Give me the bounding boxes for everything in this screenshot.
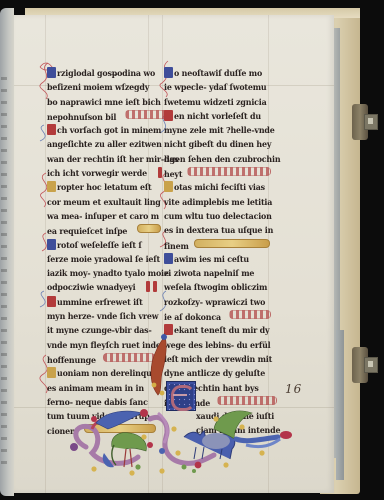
line-text: ekant teneſt du mir dy: [174, 324, 269, 338]
text-line: cum wltu tuo delectacion: [164, 210, 284, 224]
text-line: angeſichte zu aller ezitwen: [47, 138, 165, 152]
line-text: beſizeni moiem wſzegdy: [47, 81, 149, 95]
text-line: myn herze- vnde ſich vrew: [47, 310, 165, 324]
line-text: wa mea- inſuper et caro m: [47, 210, 159, 224]
line-text: leſt mich der vrewdin mit: [164, 353, 272, 367]
clasp-lower-tab: [364, 357, 378, 373]
text-line: ich icht vorwegir werde: [47, 167, 165, 181]
text-line: xaudi domine iuſti: [164, 410, 284, 424]
text-line: dyne antlicze dy geluſte: [164, 367, 284, 381]
line-text: ch vorſach got in minem: [57, 124, 161, 138]
text-line: awim ies mi ceſtu: [164, 253, 284, 267]
text-line: ekant teneſt du mir dy: [164, 324, 284, 338]
initial-letter-red: [47, 296, 56, 307]
line-text: nicht gibeſt du dinen hey: [164, 138, 271, 152]
initial-letter-blue: [164, 253, 173, 264]
line-text: ie aſ dokonca: [164, 311, 221, 325]
text-line: myne zele mit ?helle-vnde: [164, 124, 284, 138]
line-text: finem: [164, 240, 189, 254]
text-line: es in dextera tua uſque in: [164, 224, 284, 238]
initial-letter-red: [164, 110, 173, 121]
line-text: rziglodal gosᵽodina wo: [57, 67, 155, 81]
line-text: ea requieſcet inſpe: [47, 225, 127, 239]
text-line: ferno- neque dabis ſanc: [47, 396, 165, 410]
line-text: ciam meam intende: [196, 424, 280, 438]
initial-letter-gold: [47, 181, 56, 192]
line-text: ferno- neque dabis ſanc: [47, 396, 148, 410]
line-text: uoniam non derelinqu: [57, 367, 152, 381]
text-line: rziglodal gosᵽodina wo: [47, 67, 165, 81]
text-line: wan der rechtin iſt her mir-das: [47, 153, 165, 167]
line-text: wan der rechtin iſt her mir-das: [47, 153, 179, 167]
initial-letter-bar: [173, 394, 187, 396]
clasp-lower: [352, 347, 368, 383]
facing-page-edge: [0, 8, 14, 496]
line-text: rotoſ weſeleſſe ieſt ſ: [57, 239, 142, 253]
text-line: ea requieſcet inſpe: [47, 224, 165, 238]
illuminated-initial-e: [166, 381, 196, 411]
line-filler-red: [125, 110, 169, 119]
text-line: ch vorſach got in minem: [47, 124, 165, 138]
line-text: xaudi domine iuſti: [196, 410, 274, 424]
line-text: ummine erſrewet iſt: [57, 296, 143, 310]
line-text: tum tuum videre corrup: [47, 410, 150, 424]
text-line: nicht gibeſt du dinen hey: [164, 138, 284, 152]
line-filler-red: [217, 396, 277, 405]
initial-letter-stroke: [171, 385, 195, 411]
line-text: rozkoſzy- wprawiczi two: [164, 296, 265, 310]
initial-letter-blue: [47, 67, 56, 78]
line-text: vnde myn fleyſch ruet inder: [47, 339, 165, 353]
text-line: finem: [164, 239, 284, 253]
line-text: ie wpecle- ydaſ ſwotemu: [164, 81, 266, 95]
line-text: weſela ſtwogim obliczim: [164, 281, 267, 295]
text-line: cor meum et exultauit ling: [47, 196, 165, 210]
line-filler-red: [187, 167, 271, 176]
line-text: bo naprawici mne ieſt bich: [47, 96, 161, 110]
text-line: hoffenunge: [47, 353, 165, 367]
page-stack-edge-lower: [336, 330, 344, 480]
line-text: ſwetemu widzeti zgnicia: [164, 96, 267, 110]
line-text: nepohnuſson bil: [47, 111, 116, 125]
line-text: cionem: [47, 425, 78, 439]
text-line: weſela ſtwogim obliczim: [164, 281, 284, 295]
line-text: wege des lebins- du erfül: [164, 339, 270, 353]
folio-number: 16: [285, 382, 302, 396]
line-text: es animam meam in in: [47, 382, 144, 396]
line-text: vite adimplebis me letitia: [164, 196, 272, 210]
line-text: otas michi feciſti vias: [174, 181, 265, 195]
text-line: otas michi feciſti vias: [164, 181, 284, 195]
text-line: bo naprawici mne ieſt bich: [47, 96, 165, 110]
text-line: odpocziwie wnadyeyi: [47, 281, 165, 295]
text-line: ligen ſehen den czubrochin: [164, 153, 284, 167]
line-text: myne zele mit ?helle-vnde: [164, 124, 275, 138]
text-line: leſt mich der vrewdin mit: [164, 353, 284, 367]
ruling-margin: [45, 15, 46, 493]
rubric-mark: [158, 167, 162, 178]
text-line: beſizeni moiem wſzegdy: [47, 81, 165, 95]
text-line: iazik moy- ynadto tyalo moie: [47, 267, 165, 281]
line-text: cor meum et exultauit ling: [47, 196, 161, 210]
text-line: ie wpecle- ydaſ ſwotemu: [164, 81, 284, 95]
text-line: cionem: [47, 424, 165, 438]
text-line: wege des lebins- du erfül: [164, 339, 284, 353]
line-filler-gold: [137, 224, 161, 233]
line-filler-red: [229, 310, 271, 319]
text-line: es animam meam in in: [47, 382, 165, 396]
line-text: myn herze- vnde ſich vrew: [47, 310, 158, 324]
line-filler-gold: [84, 424, 156, 433]
text-line: ſwetemu widzeti zgnicia: [164, 96, 284, 110]
text-line: en nicht vorleſeſt du: [164, 110, 284, 124]
text-line: tum tuum videre corrup: [47, 410, 165, 424]
initial-letter-blue: [164, 67, 173, 78]
line-text: es in dextera tua uſque in: [164, 224, 273, 238]
clasp-upper: [352, 104, 368, 140]
line-text: angeſichte zu aller ezitwen: [47, 138, 162, 152]
manuscript-page: rziglodal gosᵽodina wo beſizeni moiem wſ…: [14, 15, 334, 493]
line-text: ligen ſehen den czubrochin: [164, 153, 280, 167]
text-line: vite adimplebis me letitia: [164, 196, 284, 210]
text-line: wa mea- inſuper et caro m: [47, 210, 165, 224]
text-line: ie aſ dokonca: [164, 310, 284, 324]
text-line: heyt: [164, 167, 284, 181]
line-text: en nicht vorleſeſt du: [174, 110, 261, 124]
text-line: uoniam non derelinqu: [47, 367, 165, 381]
clasp-upper-tab: [364, 114, 378, 130]
initial-letter-red: [47, 124, 56, 135]
text-line: it myne czunge-vbir das-: [47, 324, 165, 338]
text-line: ſerze moie yradowal ſe ieſt: [47, 253, 165, 267]
line-text: odpocziwie wnadyeyi: [47, 281, 135, 295]
line-text: hoffenunge: [47, 354, 96, 368]
line-text: iazik moy- ynadto tyalo moie: [47, 267, 169, 281]
rubric-mark: [146, 281, 150, 292]
facing-page-text-fragments: [1, 68, 7, 468]
line-text: ich icht vorwegir werde: [47, 167, 147, 181]
initial-letter-gold: [47, 367, 56, 378]
line-filler-red: [103, 353, 155, 362]
text-line: zi ziwota napelniſ me: [164, 267, 284, 281]
line-text: awim ies mi ceſtu: [174, 253, 249, 267]
line-text: zi ziwota napelniſ me: [164, 267, 254, 281]
line-filler-gold: [194, 239, 270, 248]
line-text: o neoſtawiſ duſſe mo: [174, 67, 262, 81]
line-text: cum wltu tuo delectacion: [164, 210, 272, 224]
text-line: nepohnuſson bil: [47, 110, 165, 124]
initial-letter-blue: [47, 239, 56, 250]
text-line: ciam meam intende: [164, 424, 284, 438]
text-line: vnde myn fleyſch ruet inder: [47, 339, 165, 353]
line-text: heyt: [164, 168, 182, 182]
text-line: rotoſ weſeleſſe ieſt ſ: [47, 239, 165, 253]
rubric-mark: [153, 281, 157, 292]
line-text: ropter hoc letatum eſt: [57, 181, 152, 195]
line-text: ſerze moie yradowal ſe ieſt: [47, 253, 160, 267]
text-line: o neoſtawiſ duſſe mo: [164, 67, 284, 81]
line-text: it myne czunge-vbir das-: [47, 324, 152, 338]
initial-letter-red: [164, 324, 173, 335]
text-line: ummine erſrewet iſt: [47, 296, 165, 310]
initial-letter-gold: [164, 181, 173, 192]
line-text: dyne antlicze dy geluſte: [164, 367, 265, 381]
text-line: ropter hoc letatum eſt: [47, 181, 165, 195]
text-line: rozkoſzy- wprawiczi two: [164, 296, 284, 310]
text-column-left: rziglodal gosᵽodina wo beſizeni moiem wſ…: [47, 67, 165, 439]
